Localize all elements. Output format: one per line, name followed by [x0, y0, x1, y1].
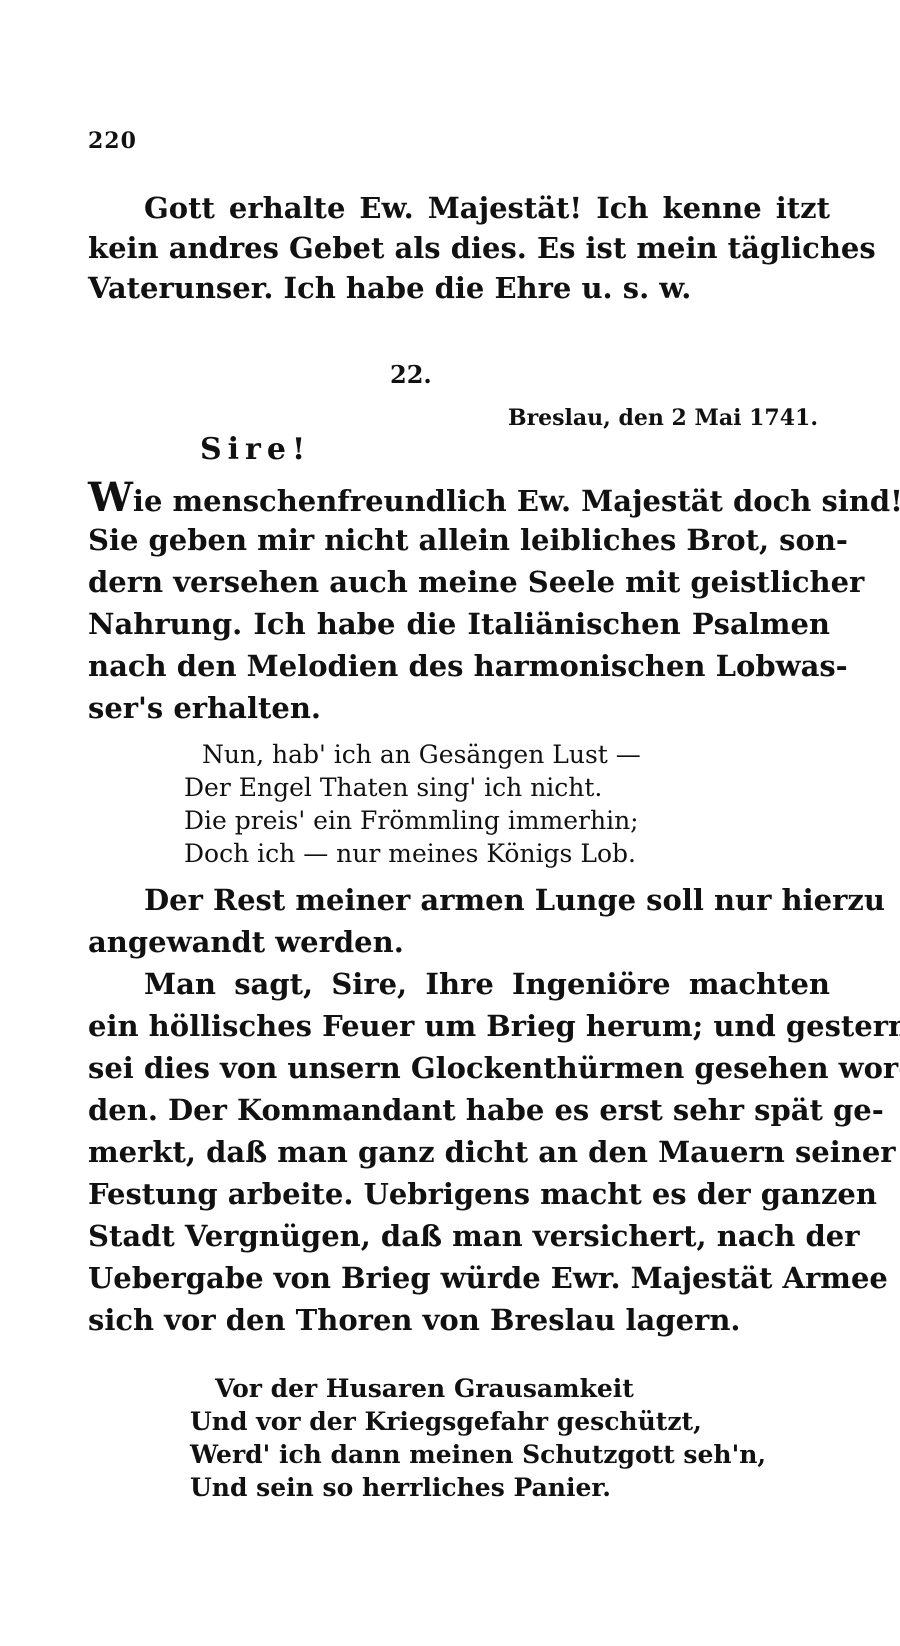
drop-cap: W [88, 474, 133, 521]
text-line: den. Der Kommandant habe es erst sehr sp… [88, 1090, 830, 1130]
salutation: Sire! [200, 432, 311, 467]
text-line: Der Rest meiner armen Lunge soll nur hie… [144, 880, 830, 920]
text-line: nach den Melodien des harmonischen Lobwa… [88, 646, 830, 686]
text-line: Nahrung. Ich habe die Italiänischen Psal… [88, 604, 830, 644]
verse-line: Die preis' ein Frömmling immerhin; [184, 804, 639, 837]
page-number: 220 [88, 128, 137, 154]
text-line: sei dies von unsern Glockenthürmen geseh… [88, 1048, 830, 1088]
verse-line: Werd' ich dann meinen Schutzgott seh'n, [190, 1438, 766, 1471]
text-line: merkt, daß man ganz dicht an den Mauern … [88, 1132, 830, 1172]
book-page: 220 Gott erhalte Ew. Majestät! Ich kenne… [0, 0, 900, 1646]
verse-line: Und sein so herrliches Panier. [190, 1471, 611, 1504]
text-line: sich vor den Thoren von Breslau lagern. [88, 1300, 741, 1340]
text-line: Gott erhalte Ew. Majestät! Ich kenne itz… [144, 188, 830, 228]
text-line: Sie geben mir nicht allein leibliches Br… [88, 520, 830, 560]
text-line: Man sagt, Sire, Ihre Ingeniöre machten [144, 964, 830, 1004]
text-line: kein andres Gebet als dies. Es ist mein … [88, 228, 830, 268]
text-line: Festung arbeite. Uebrigens macht es der … [88, 1174, 830, 1214]
verse-line: Nun, hab' ich an Gesängen Lust — [202, 738, 641, 771]
text-line: dern versehen auch meine Seele mit geist… [88, 562, 830, 602]
verse-line: Und vor der Kriegsgefahr geschützt, [190, 1405, 702, 1438]
text-line: Wie menschenfreundlich Ew. Majestät doch… [88, 478, 830, 521]
text-line-rest: ie menschenfreundlich Ew. Majestät doch … [133, 484, 900, 518]
text-line: Uebergabe von Brieg würde Ewr. Majestät … [88, 1258, 830, 1298]
dateline: Breslau, den 2 Mai 1741. [508, 405, 818, 431]
text-line: Stadt Vergnügen, daß man versichert, nac… [88, 1216, 830, 1256]
verse-line: Der Engel Thaten sing' ich nicht. [184, 771, 602, 804]
verse-line: Doch ich — nur meines Königs Lob. [184, 837, 636, 870]
verse-line: Vor der Husaren Grausamkeit [215, 1372, 634, 1405]
text-line: ser's erhalten. [88, 688, 321, 728]
text-line: Vaterunser. Ich habe die Ehre u. s. w. [88, 268, 691, 308]
text-line: ein höllisches Feuer um Brieg herum; und… [88, 1006, 830, 1046]
text-line: angewandt werden. [88, 922, 404, 962]
letter-number: 22. [390, 360, 432, 389]
